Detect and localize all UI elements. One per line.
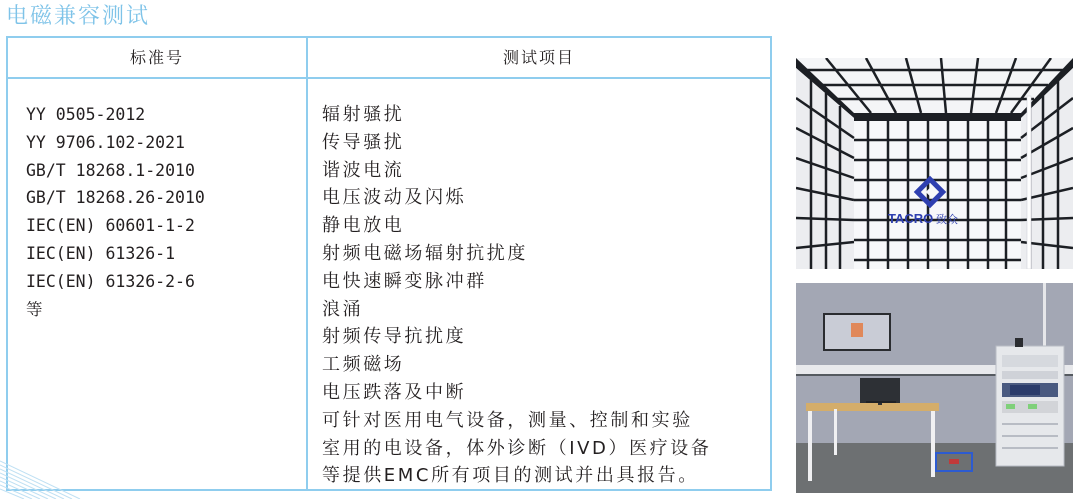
standards-table: 标准号 测试项目 YY 0505-2012 YY 9706.102-2021 G… (6, 36, 772, 491)
test-item: 浪涌 (322, 296, 711, 324)
test-item: 电快速瞬变脉冲群 (322, 268, 711, 296)
standards-list: YY 0505-2012 YY 9706.102-2021 GB/T 18268… (26, 101, 205, 323)
lab-illustration-icon (796, 283, 1073, 493)
svg-text:致众: 致众 (936, 212, 958, 226)
test-item: 静电放电 (322, 212, 711, 240)
test-item: 电压跌落及中断 (322, 379, 711, 407)
test-item: 室用的电设备，体外诊断（IVD）医疗设备 (322, 435, 711, 463)
standard-item: GB/T 18268.26-2010 (26, 184, 205, 212)
header-test-items: 测试项目 (308, 38, 770, 77)
chamber-illustration-icon: TACRO 致众 (796, 58, 1073, 269)
test-item: 传导骚扰 (322, 129, 711, 157)
anechoic-chamber-photo: TACRO 致众 (796, 58, 1073, 269)
test-item: 辐射骚扰 (322, 101, 711, 129)
standard-item: IEC(EN) 61326-2-6 (26, 268, 205, 296)
test-item: 工频磁场 (322, 351, 711, 379)
standard-item: YY 9706.102-2021 (26, 129, 205, 157)
standard-item: IEC(EN) 61326-1 (26, 240, 205, 268)
standard-item: GB/T 18268.1-2010 (26, 157, 205, 185)
test-item: 射频电磁场辐射抗扰度 (322, 240, 711, 268)
page-title: 电磁兼容测试 (6, 3, 150, 31)
test-item: 电压波动及闪烁 (322, 184, 711, 212)
decorative-lines-icon (0, 455, 90, 499)
column-divider (306, 38, 308, 489)
table-header-row: 标准号 测试项目 (8, 38, 770, 79)
standard-item: 等 (26, 296, 205, 324)
test-item: 谐波电流 (322, 157, 711, 185)
emc-test-lab-photo (796, 283, 1073, 493)
standard-item: IEC(EN) 60601-1-2 (26, 212, 205, 240)
test-item: 等提供EMC所有项目的测试并出具报告。 (322, 462, 711, 490)
svg-text:TACRO: TACRO (888, 211, 933, 226)
test-item: 射频传导抗扰度 (322, 323, 711, 351)
test-item: 可针对医用电气设备，测量、控制和实验 (322, 407, 711, 435)
standard-item: YY 0505-2012 (26, 101, 205, 129)
header-standard-number: 标准号 (8, 38, 306, 77)
test-items-list: 辐射骚扰 传导骚扰 谐波电流 电压波动及闪烁 静电放电 射频电磁场辐射抗扰度 电… (322, 101, 711, 490)
